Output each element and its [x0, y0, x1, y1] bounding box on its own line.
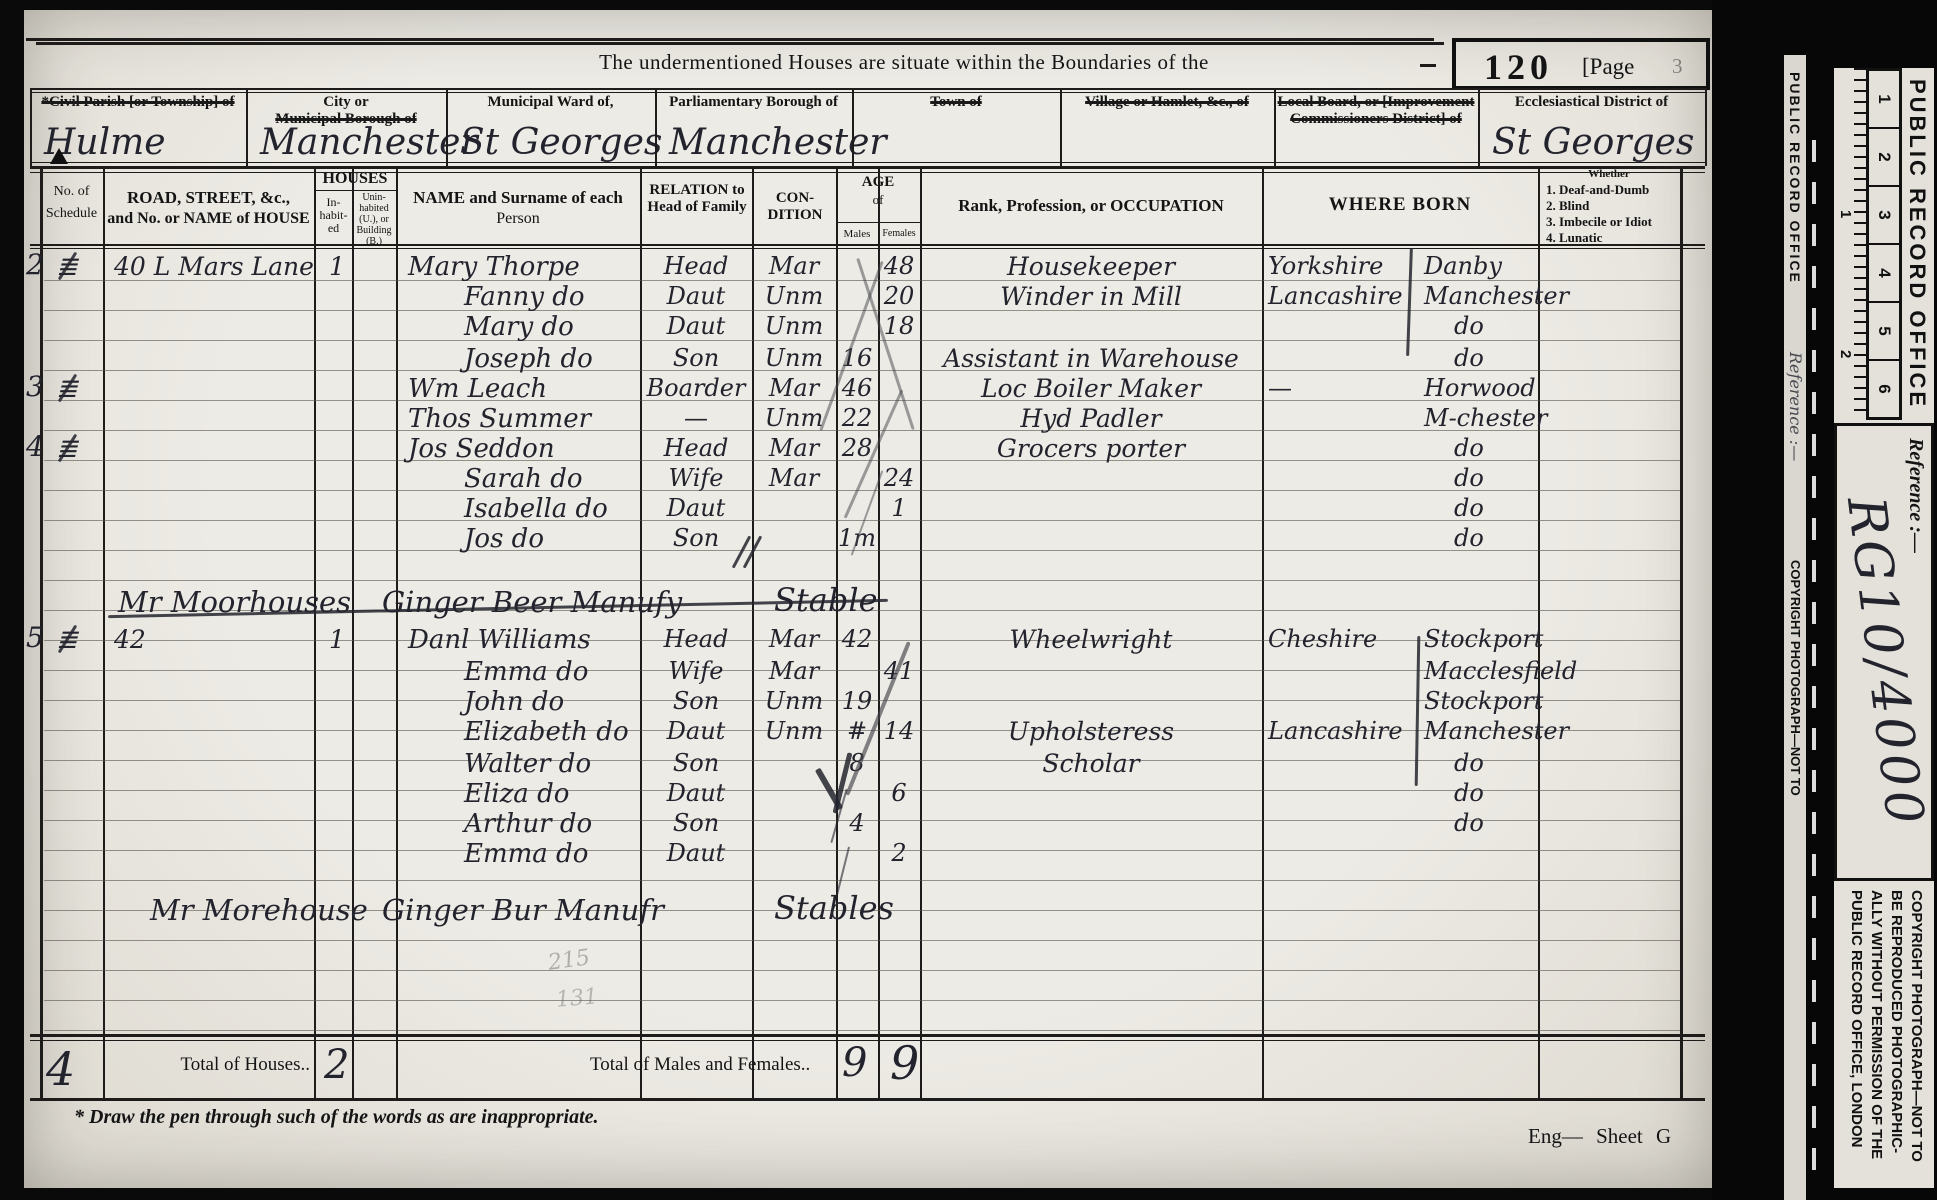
name-entry: Emma do [464, 839, 588, 869]
district-label: Municipal Ward of, [446, 94, 655, 111]
name-entry: Mary Thorpe [408, 252, 580, 282]
born-county-entry: Lancashire [1268, 717, 1403, 745]
inch-number: 2 [1837, 350, 1854, 358]
paper: The undermentioned Houses are situate wi… [24, 10, 1712, 1188]
born-town-entry: do [1454, 494, 1484, 522]
pencil-note: 215 [546, 945, 591, 976]
totals-males-value: 9 [842, 1040, 867, 1086]
side-office-text: PUBLIC RECORD OFFICE [1784, 72, 1806, 342]
age-male-entry: 22 [836, 404, 878, 432]
col-whether-label: Whether [1538, 168, 1680, 180]
name-entry: Fanny do [464, 282, 585, 312]
relation-entry: Son [642, 344, 750, 372]
born-town-entry: Stockport [1424, 687, 1543, 715]
name-entry: Mary do [464, 312, 574, 342]
ruler-cell: 2 [1869, 129, 1899, 187]
schedule-margin-number: 2 [26, 248, 44, 281]
ruled-line [44, 340, 1680, 341]
grid-hline [26, 38, 1434, 41]
name-entry: Isabella do [464, 494, 608, 524]
grid-vline [352, 168, 354, 1098]
relation-entry: Daut [642, 312, 750, 340]
copyright-line: ALLY WITHOUT PERMISSION OF THE [1866, 890, 1886, 1183]
relation-entry: Boarder [642, 374, 750, 402]
col-condition-label: CON-DITION [754, 190, 836, 224]
ruled-line [44, 1030, 1680, 1031]
district-label: Town of [852, 94, 1060, 111]
col-name-label2: Person [396, 210, 640, 228]
condition-entry: Mar [754, 657, 834, 685]
relation-entry: Daut [642, 282, 750, 310]
grid-vline [1478, 88, 1480, 166]
ruler-ticks: 12 [1834, 68, 1866, 420]
district-value: St Georges [1492, 122, 1694, 163]
inch-number: 1 [1837, 210, 1854, 218]
grid-hline [30, 1034, 1705, 1037]
col-inhabited-label: In-habit-ed [315, 196, 352, 235]
name-entry: Eliza do [464, 779, 569, 809]
grid-vline [314, 168, 316, 1098]
occupation-entry: Loc Boiler Maker [922, 374, 1260, 403]
age-female-entry: 48 [878, 252, 920, 280]
ruler-cell: 4 [1869, 245, 1899, 303]
condition-entry: Mar [754, 434, 834, 462]
name-entry: Jos do [464, 524, 544, 554]
dashed-separator [1812, 140, 1816, 1180]
ruler-cell: 1 [1869, 71, 1899, 129]
grid-vline [655, 88, 657, 166]
ruler-cell: 3 [1869, 187, 1899, 245]
relation-entry: Head [642, 625, 750, 653]
born-town-entry: Manchester [1424, 282, 1569, 310]
totals-females-value: 9 [890, 1036, 919, 1090]
pencil-note: 131 [555, 984, 599, 1013]
name-entry: Elizabeth do [464, 717, 629, 747]
pro-office-title: PUBLIC RECORD OFFICE [1900, 68, 1934, 420]
grid-vline [1680, 168, 1683, 1098]
side-reference-text: Reference :— [1784, 352, 1806, 522]
name-entry: Joseph do [464, 344, 593, 374]
name-entry: Arthur do [464, 809, 592, 839]
relation-entry: Son [642, 524, 750, 552]
name-entry: Sarah do [464, 464, 583, 494]
district-value: Manchester [260, 122, 478, 163]
grid-hline [30, 92, 1705, 93]
page-number: 120 [1484, 46, 1553, 88]
grid-vline [446, 88, 448, 166]
born-town-entry: do [1454, 809, 1484, 837]
grid-hline [30, 166, 1705, 169]
born-town-entry: do [1454, 524, 1484, 552]
born-town-entry: do [1454, 344, 1484, 372]
district-label: Ecclesiastical District of [1478, 94, 1705, 111]
born-town-entry: do [1454, 434, 1484, 462]
ruler-cell: 5 [1869, 303, 1899, 361]
page-box-dash [1420, 64, 1436, 67]
ruled-line [44, 880, 1680, 881]
name-entry: Emma do [464, 657, 588, 687]
footer-instruction: * Draw the pen through such of the words… [74, 1106, 599, 1129]
grid-vline [103, 168, 105, 1098]
totals-houses-label: Total of Houses.. [144, 1054, 310, 1076]
road-entry: 42 [114, 625, 146, 654]
totals-mf-label: Total of Males and Females.. [590, 1054, 810, 1076]
grid-hline [30, 1040, 1705, 1041]
age-female-entry: 1 [878, 494, 920, 522]
relation-entry: Daut [642, 779, 750, 807]
condition-entry: Unm [754, 687, 834, 715]
ruler: 123456 [1866, 68, 1902, 420]
grid-hline [30, 88, 1705, 90]
district-label: *Civil Parish [or Township] of [30, 94, 246, 111]
col-occupation-label: Rank, Profession, or OCCUPATION [920, 196, 1262, 216]
condition-entry: Unm [754, 344, 834, 372]
name-entry: Wm Leach [408, 374, 547, 404]
col-whether-3: 3. Imbecile or Idiot [1546, 214, 1686, 230]
born-county-entry: Yorkshire [1268, 252, 1383, 280]
ink-blot [50, 148, 68, 164]
col-whether-1: 1. Deaf-and-Dumb [1546, 182, 1686, 198]
sheet-label: Eng— Sheet G [1528, 1124, 1671, 1149]
occupation-entry: Hyd Padler [922, 404, 1260, 433]
born-town-entry: M-chester [1424, 404, 1547, 432]
age-male-entry: 4 [836, 809, 878, 837]
copyright-line: COPYRIGHT PHOTOGRAPH—NOT TO [1906, 890, 1926, 1183]
ruled-line [44, 940, 1680, 941]
note-road: Mr Morehouse [150, 893, 368, 927]
district-label: Commissioners District] of [1274, 111, 1478, 128]
born-county-entry: — [1268, 374, 1292, 402]
age-female-entry: 20 [878, 282, 920, 310]
name-entry: Walter do [464, 749, 591, 779]
district-label: Village or Hamlet, &c., of [1060, 94, 1274, 111]
totals-houses-value: 2 [324, 1042, 349, 1088]
condition-entry: Unm [754, 282, 834, 310]
age-female-entry: 14 [878, 717, 920, 745]
col-schedule-label: No. of [40, 184, 103, 200]
col-uninhabited-label: Unin-habited (U.), or Building (B.) [353, 192, 395, 247]
district-value: St Georges [460, 122, 662, 163]
ruled-line [44, 490, 1680, 491]
col-road-label: ROAD, STREET, &c., [103, 188, 314, 208]
born-town-entry: Macclesfield [1424, 657, 1577, 685]
condition-entry: Mar [754, 252, 834, 280]
born-county-entry: Cheshire [1268, 625, 1377, 653]
born-town-entry: do [1454, 779, 1484, 807]
grid-vline [852, 88, 854, 166]
page-number-box: 120 [Page 3 [1452, 38, 1710, 90]
born-town-entry: Horwood [1424, 374, 1536, 402]
ruled-line [44, 850, 1680, 851]
ruled-line [44, 1000, 1680, 1001]
condition-entry: Mar [754, 374, 834, 402]
condition-entry: Unm [754, 717, 834, 745]
note-condition: Stables [774, 889, 894, 927]
side-copyright-text: COPYRIGHT PHOTOGRAPH—NOT TO [1784, 560, 1806, 950]
born-town-entry: Manchester [1424, 717, 1569, 745]
district-label: Parliamentary Borough of [655, 94, 852, 111]
totals-schedule-value: 4 [46, 1042, 75, 1096]
relation-entry: Wife [642, 464, 750, 492]
ruled-line [44, 970, 1680, 971]
top-rule [36, 42, 1444, 45]
name-entry: John do [464, 687, 564, 717]
name-entry: Thos Summer [408, 404, 591, 434]
condition-entry: Mar [754, 464, 834, 492]
inhabited-entry: 1 [322, 625, 352, 654]
reference-section: Reference :— RG10/4000 [1834, 423, 1934, 881]
age-female-entry: 2 [878, 839, 920, 867]
relation-entry: Son [642, 687, 750, 715]
copyright-line: BE REPRODUCED PHOTOGRAPHIC- [1886, 890, 1906, 1183]
age-female-entry: 6 [878, 779, 920, 807]
occupation-entry: Winder in Mill [922, 282, 1260, 311]
relation-entry: — [642, 404, 750, 432]
grid-vline [1274, 88, 1276, 166]
born-town-entry: do [1454, 312, 1484, 340]
col-whether-2: 2. Blind [1546, 198, 1686, 214]
ruled-line [44, 790, 1680, 791]
age-male-entry: 19 [836, 687, 878, 715]
col-born-label: WHERE BORN [1262, 194, 1538, 216]
grid-hline [30, 244, 1705, 246]
relation-entry: Head [642, 434, 750, 462]
relation-entry: Son [642, 809, 750, 837]
age-female-entry: 24 [878, 464, 920, 492]
occupation-entry: Upholsteress [922, 717, 1260, 746]
reference-label: Reference :— [1904, 438, 1927, 553]
occupation-entry: Scholar [922, 749, 1260, 778]
col-males-label: Males [836, 228, 878, 240]
page-number-small: 3 [1672, 54, 1683, 79]
schedule-margin-number: 3 [26, 370, 44, 403]
name-entry: Jos Seddon [408, 434, 555, 464]
ruler-cell: 6 [1869, 361, 1899, 417]
census-photograph: The undermentioned Houses are situate wi… [0, 0, 1937, 1200]
grid-vline [1705, 88, 1707, 166]
relation-entry: Head [642, 252, 750, 280]
occupation-entry: Grocers porter [922, 434, 1260, 463]
born-town-entry: Stockport [1424, 625, 1543, 653]
schedule-margin-number: 4 [26, 430, 44, 463]
page-bracket-label: [Page [1582, 54, 1634, 80]
relation-entry: Daut [642, 839, 750, 867]
road-entry: 40 L Mars Lane [114, 252, 314, 281]
age-male-entry: 46 [836, 374, 878, 402]
district-label: City or [246, 94, 446, 111]
pro-label-content: PUBLIC RECORD OFFICE 123456 12 Reference… [1834, 68, 1934, 1183]
grid-hline [30, 1098, 1705, 1101]
col-road-label2: and No. or NAME of HOUSE [103, 210, 314, 228]
tick-marks [1854, 68, 1866, 420]
occupation-entry: Wheelwright [922, 625, 1260, 654]
ink-line [1415, 636, 1421, 786]
relation-entry: Daut [642, 717, 750, 745]
grid-vline [30, 88, 32, 166]
col-schedule-label2: Schedule [40, 206, 103, 222]
col-name-label: NAME and Surname of each [396, 188, 640, 208]
col-females-label: Females [878, 228, 920, 239]
grid-hline [836, 222, 920, 223]
grid-hline [314, 190, 396, 191]
grid-hline [30, 172, 1705, 173]
page-title: The undermentioned Houses are situate wi… [384, 50, 1424, 75]
grid-hline [30, 162, 1705, 163]
grid-vline [396, 168, 398, 1098]
note-name: Ginger Beer Manufy [382, 585, 682, 619]
grid-vline [1262, 168, 1264, 1098]
name-entry: Danl Williams [408, 625, 591, 655]
relation-entry: Wife [642, 657, 750, 685]
condition-entry: Unm [754, 312, 834, 340]
copyright-line: PUBLIC RECORD OFFICE, LONDON [1846, 890, 1866, 1183]
note-name: Ginger Bur Manufr [382, 893, 664, 927]
occupation-entry: Housekeeper [922, 252, 1260, 281]
born-town-entry: do [1454, 749, 1484, 777]
schedule-margin-number: 5 [26, 621, 44, 654]
born-town-entry: Danby [1424, 252, 1502, 280]
relation-entry: Son [642, 749, 750, 777]
grid-vline [1060, 88, 1062, 166]
relation-entry: Daut [642, 494, 750, 522]
condition-entry: Mar [754, 625, 834, 653]
district-label: Local Board, or [Improvement [1274, 94, 1478, 111]
occupation-entry: Assistant in Warehouse [922, 344, 1260, 373]
grid-vline [246, 88, 248, 166]
born-county-entry: Lancashire [1268, 282, 1403, 310]
grid-hline [30, 248, 1705, 249]
inhabited-entry: 1 [322, 252, 352, 281]
copyright-text: COPYRIGHT PHOTOGRAPH—NOT TOBE REPRODUCED… [1826, 890, 1934, 1183]
age-male-entry: 42 [836, 625, 878, 653]
born-town-entry: do [1454, 464, 1484, 492]
col-relation-label: RELATION to Head of Family [642, 182, 752, 216]
